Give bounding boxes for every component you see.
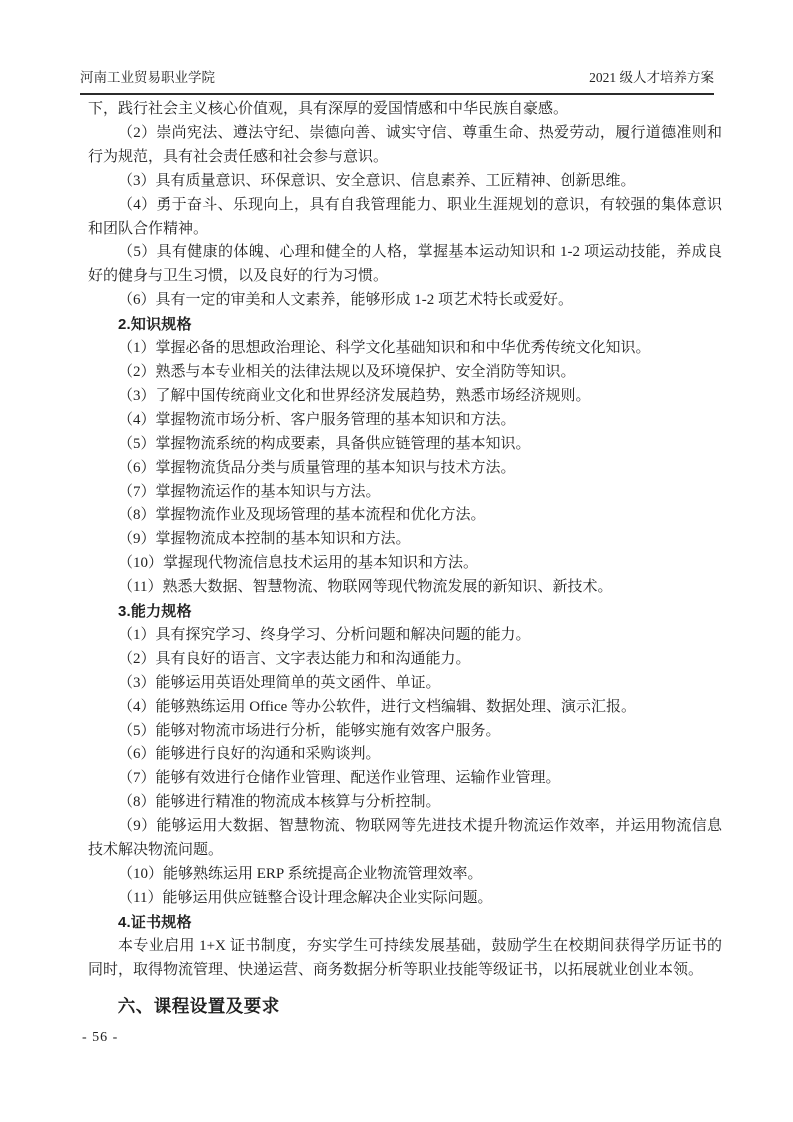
paragraph: （7）掌握物流运作的基本知识与方法。: [88, 481, 722, 505]
paragraph: 下，践行社会主义核心价值观，具有深厚的爱国情感和中华民族自豪感。: [88, 98, 722, 122]
paragraph: （7）能够有效进行仓储作业管理、配送作业管理、运输作业管理。: [88, 767, 722, 791]
section-subheading: 4.证书规格: [88, 911, 722, 935]
header-doc-title: 2021 级人才培养方案: [589, 70, 714, 86]
page-number: - 56 -: [82, 1030, 118, 1046]
paragraph: （6）能够进行良好的沟通和采购谈判。: [88, 743, 722, 767]
chapter-heading: 六、课程设置及要求: [88, 993, 722, 1019]
header-school-name: 河南工业贸易职业学院: [80, 70, 215, 86]
paragraph: （6）具有一定的审美和人文素养，能够形成 1-2 项艺术特长或爱好。: [88, 289, 722, 313]
page-header: 河南工业贸易职业学院 2021 级人才培养方案: [80, 70, 714, 95]
paragraph: （1）具有探究学习、终身学习、分析问题和解决问题的能力。: [88, 624, 722, 648]
paragraph: （9）能够运用大数据、智慧物流、物联网等先进技术提升物流运作效率，并运用物流信息…: [88, 815, 722, 863]
paragraph: （3）能够运用英语处理简单的英文函件、单证。: [88, 672, 722, 696]
paragraph: （6）掌握物流货品分类与质量管理的基本知识与技术方法。: [88, 457, 722, 481]
paragraph: （11）熟悉大数据、智慧物流、物联网等现代物流发展的新知识、新技术。: [88, 576, 722, 600]
paragraph: （1）掌握必备的思想政治理论、科学文化基础知识和和中华优秀传统文化知识。: [88, 337, 722, 361]
paragraph: （5）能够对物流市场进行分析，能够实施有效客户服务。: [88, 720, 722, 744]
paragraph: （10）能够熟练运用 ERP 系统提高企业物流管理效率。: [88, 863, 722, 887]
paragraph: 本专业启用 1+X 证书制度，夯实学生可持续发展基础，鼓励学生在校期间获得学历证…: [88, 935, 722, 983]
paragraph: （8）掌握物流作业及现场管理的基本流程和优化方法。: [88, 504, 722, 528]
paragraph: （3）具有质量意识、环保意识、安全意识、信息素养、工匠精神、创新思维。: [88, 170, 722, 194]
document-page: 河南工业贸易职业学院 2021 级人才培养方案 下，践行社会主义核心价值观，具有…: [0, 0, 793, 1122]
paragraph: （8）能够进行精准的物流成本核算与分析控制。: [88, 791, 722, 815]
section-subheading: 3.能力规格: [88, 600, 722, 624]
paragraph: （3）了解中国传统商业文化和世界经济发展趋势，熟悉市场经济规则。: [88, 385, 722, 409]
paragraph: （4）勇于奋斗、乐现向上，具有自我管理能力、职业生涯规划的意识，有较强的集体意识…: [88, 194, 722, 242]
paragraph: （2）熟悉与本专业相关的法律法规以及环境保护、安全消防等知识。: [88, 361, 722, 385]
paragraph: （11）能够运用供应链整合设计理念解决企业实际问题。: [88, 887, 722, 911]
paragraph: （4）能够熟练运用 Office 等办公软件，进行文档编辑、数据处理、演示汇报。: [88, 696, 722, 720]
paragraph: （4）掌握物流市场分析、客户服务管理的基本知识和方法。: [88, 409, 722, 433]
paragraph: （10）掌握现代物流信息技术运用的基本知识和方法。: [88, 552, 722, 576]
paragraph: （5）掌握物流系统的构成要素，具备供应链管理的基本知识。: [88, 433, 722, 457]
paragraph: （9）掌握物流成本控制的基本知识和方法。: [88, 528, 722, 552]
document-body: 下，践行社会主义核心价值观，具有深厚的爱国情感和中华民族自豪感。（2）崇尚宪法、…: [88, 98, 722, 1019]
paragraph: （5）具有健康的体魄、心理和健全的人格，掌握基本运动知识和 1-2 项运动技能，…: [88, 241, 722, 289]
paragraph: （2）崇尚宪法、遵法守纪、崇德向善、诚实守信、尊重生命、热爱劳动，履行道德准则和…: [88, 122, 722, 170]
section-subheading: 2.知识规格: [88, 313, 722, 337]
paragraph: （2）具有良好的语言、文字表达能力和和沟通能力。: [88, 648, 722, 672]
